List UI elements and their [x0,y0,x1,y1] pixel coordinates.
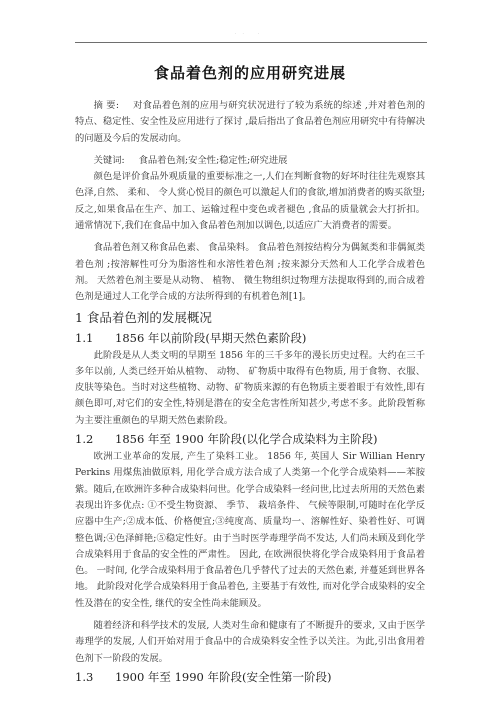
keywords: 关键词:食品着色剂;安全性;稳定性;研究进展 [75,153,425,169]
intro-paragraph: 颜色是评价食品外观质量的重要标准之一,人们在判断食物的好坏时往往先观察其色泽,自… [75,169,425,234]
subsection-heading: 1.21856 年至 1900 年阶段(以化学合成染料为主阶段) [75,430,425,449]
body-paragraph: 随着经济和科学技术的发展, 人类对生命和健康有了不断提升的要求, 又由于医学毒理… [75,618,425,667]
document-title: 食品着色剂的应用研究进展 [0,62,500,83]
abstract-label: 摘 要: [94,100,119,111]
subsection-number: 1.3 [75,668,115,687]
body-paragraph: 此阶段是从人类文明的早期至 1856 年的三千多年的漫长历史过程。大约在三千多年… [75,348,425,429]
section-heading: 1 食品着色剂的发展概况 [75,308,425,328]
subsection-number: 1.2 [75,430,115,449]
abstract-text: 对食品着色剂的应用与研究状况进行了较为系统的综述 ,并对着色剂的特点、稳定性、安… [75,100,425,144]
keywords-label: 关键词: [94,155,125,166]
body-paragraph: 欧洲工业革命的发展, 产生了染料工业。 1856 年, 英国人 Sir Will… [75,449,425,612]
header-divider [75,42,427,43]
subsection-heading: 1.11856 年以前阶段(早期天然色素阶段) [75,329,425,348]
abstract: 摘 要:对食品着色剂的应用与研究状况进行了较为系统的综述 ,并对着色剂的特点、稳… [75,98,425,147]
subsection-number: 1.1 [75,329,115,348]
subsection-title: 1856 年以前阶段(早期天然色素阶段) [115,331,306,345]
subsection-title: 1900 年至 1990 年阶段(安全性第一阶段) [115,670,331,684]
document-body: 摘 要:对食品着色剂的应用与研究状况进行了较为系统的综述 ,并对着色剂的特点、稳… [75,98,425,687]
intro-paragraph: 食品着色剂又称食品色素、 食品染料。 食品着色剂按结构分为偶氮类和非偶氮类着色剂… [75,240,425,305]
subsection-title: 1856 年至 1900 年阶段(以化学合成染料为主阶段) [115,432,377,446]
subsection-heading: 1.31900 年至 1990 年阶段(安全性第一阶段) [75,668,425,687]
page-header-marks: .. . [0,30,500,36]
keywords-text: 食品着色剂;安全性;稳定性;研究进展 [139,155,288,166]
